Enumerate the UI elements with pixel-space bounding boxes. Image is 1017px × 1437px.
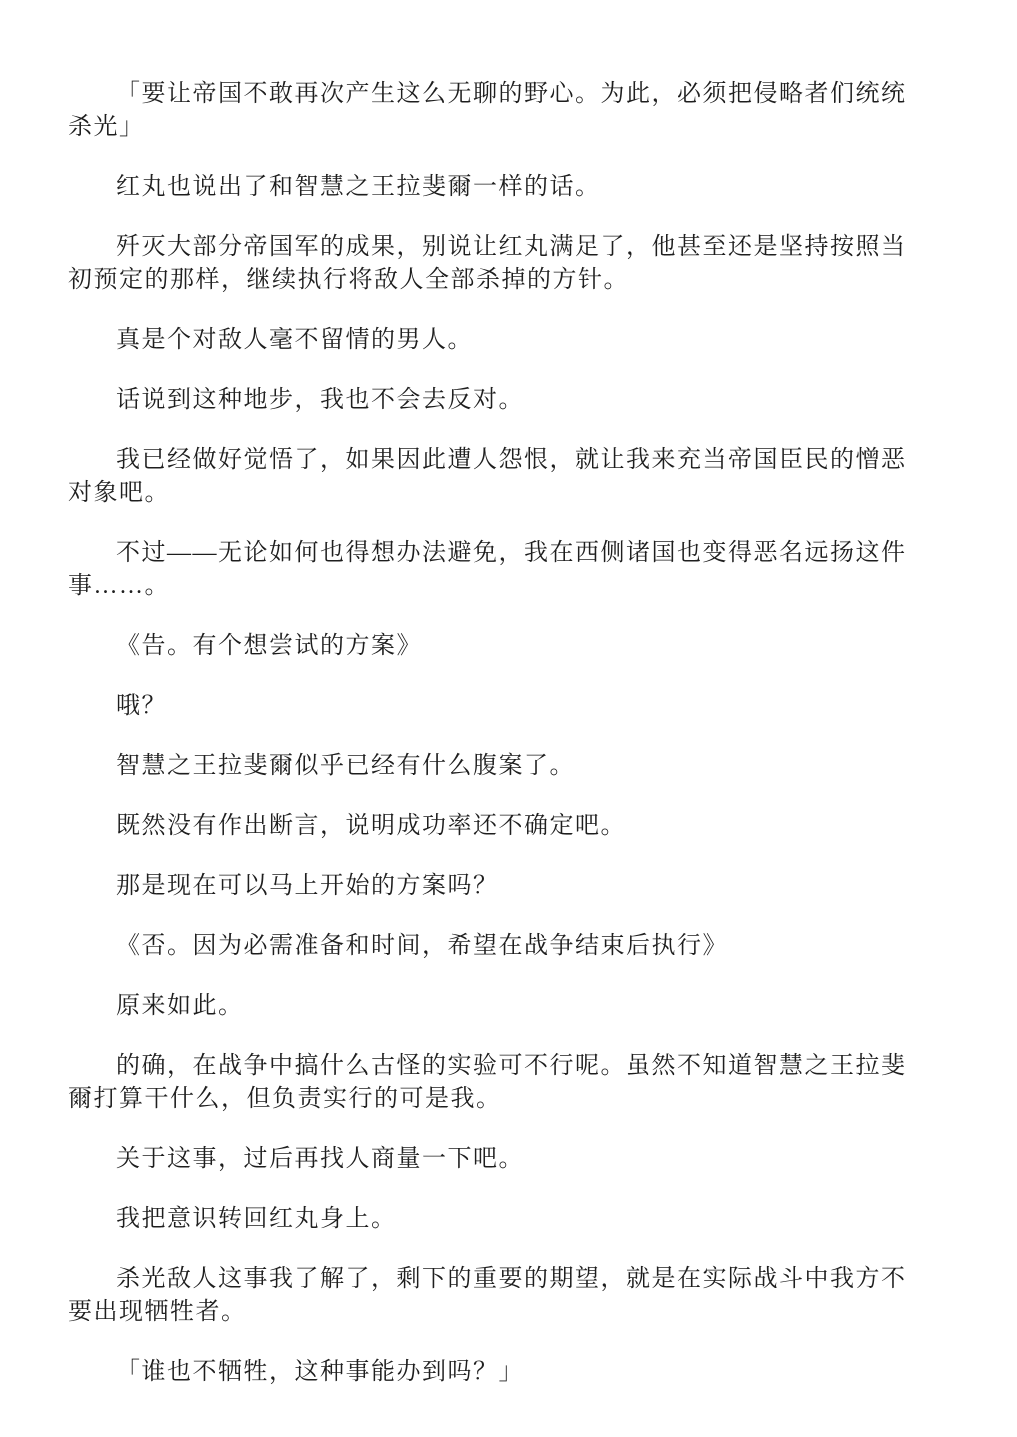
paragraph: 话说到这种地步，我也不会去反对。 bbox=[68, 384, 927, 417]
paragraph: 杀光敌人这事我了解了，剩下的重要的期望，就是在实际战斗中我方不 要出现牺牲者。 bbox=[68, 1263, 927, 1329]
paragraph: 「谁也不牺牲，这种事能办到吗？」 bbox=[68, 1356, 927, 1389]
text-line: 杀光」 bbox=[68, 111, 927, 144]
text-line: 「要让帝国不敢再次产生这么无聊的野心。为此，必须把侵略者们统统 bbox=[68, 78, 927, 111]
text-line: 智慧之王拉斐爾似乎已经有什么腹案了。 bbox=[68, 750, 927, 783]
paragraph: 红丸也说出了和智慧之王拉斐爾一样的话。 bbox=[68, 171, 927, 204]
paragraph: 关于这事，过后再找人商量一下吧。 bbox=[68, 1143, 927, 1176]
text-line: 真是个对敌人毫不留情的男人。 bbox=[68, 324, 927, 357]
paragraph: 的确，在战争中搞什么古怪的实验可不行呢。虽然不知道智慧之王拉斐 爾打算干什么，但… bbox=[68, 1050, 927, 1116]
text-line: 要出现牺牲者。 bbox=[68, 1296, 927, 1329]
text-line: 关于这事，过后再找人商量一下吧。 bbox=[68, 1143, 927, 1176]
text-line: 哦？ bbox=[68, 690, 927, 723]
text-line: 话说到这种地步，我也不会去反对。 bbox=[68, 384, 927, 417]
text-line: 我已经做好觉悟了，如果因此遭人怨恨，就让我来充当帝国臣民的憎恶 bbox=[68, 444, 927, 477]
text-line: 红丸也说出了和智慧之王拉斐爾一样的话。 bbox=[68, 171, 927, 204]
text-line: 事……。 bbox=[68, 570, 927, 603]
text-line: 杀光敌人这事我了解了，剩下的重要的期望，就是在实际战斗中我方不 bbox=[68, 1263, 927, 1296]
paragraph: 不过——无论如何也得想办法避免，我在西侧诸国也变得恶名远扬这件 事……。 bbox=[68, 537, 927, 603]
text-line: 对象吧。 bbox=[68, 477, 927, 510]
paragraph: 歼灭大部分帝国军的成果，别说让红丸满足了，他甚至还是坚持按照当 初预定的那样，继… bbox=[68, 231, 927, 297]
text-line: 不过——无论如何也得想办法避免，我在西侧诸国也变得恶名远扬这件 bbox=[68, 537, 927, 570]
text-line: 《告。有个想尝试的方案》 bbox=[68, 630, 927, 663]
paragraph: 《告。有个想尝试的方案》 bbox=[68, 630, 927, 663]
text-line: 的确，在战争中搞什么古怪的实验可不行呢。虽然不知道智慧之王拉斐 bbox=[68, 1050, 927, 1083]
text-line: 爾打算干什么，但负责实行的可是我。 bbox=[68, 1083, 927, 1116]
text-line: 那是现在可以马上开始的方案吗？ bbox=[68, 870, 927, 903]
paragraph: 哦？ bbox=[68, 690, 927, 723]
paragraph: 我已经做好觉悟了，如果因此遭人怨恨，就让我来充当帝国臣民的憎恶 对象吧。 bbox=[68, 444, 927, 510]
paragraph: 真是个对敌人毫不留情的男人。 bbox=[68, 324, 927, 357]
text-line: 《否。因为必需准备和时间，希望在战争结束后执行》 bbox=[68, 930, 927, 963]
paragraph: 我把意识转回红丸身上。 bbox=[68, 1203, 927, 1236]
text-line: 既然没有作出断言，说明成功率还不确定吧。 bbox=[68, 810, 927, 843]
paragraph: 既然没有作出断言，说明成功率还不确定吧。 bbox=[68, 810, 927, 843]
paragraph: 「要让帝国不敢再次产生这么无聊的野心。为此，必须把侵略者们统统 杀光」 bbox=[68, 78, 927, 144]
text-line: 我把意识转回红丸身上。 bbox=[68, 1203, 927, 1236]
text-line: 初预定的那样，继续执行将敌人全部杀掉的方针。 bbox=[68, 264, 927, 297]
text-line: 原来如此。 bbox=[68, 990, 927, 1023]
text-line: 歼灭大部分帝国军的成果，别说让红丸满足了，他甚至还是坚持按照当 bbox=[68, 231, 927, 264]
text-line: 「谁也不牺牲，这种事能办到吗？」 bbox=[68, 1356, 927, 1389]
paragraph: 智慧之王拉斐爾似乎已经有什么腹案了。 bbox=[68, 750, 927, 783]
paragraph: 原来如此。 bbox=[68, 990, 927, 1023]
paragraph: 《否。因为必需准备和时间，希望在战争结束后执行》 bbox=[68, 930, 927, 963]
novel-page: 「要让帝国不敢再次产生这么无聊的野心。为此，必须把侵略者们统统 杀光」 红丸也说… bbox=[0, 0, 1017, 1437]
paragraph: 那是现在可以马上开始的方案吗？ bbox=[68, 870, 927, 903]
